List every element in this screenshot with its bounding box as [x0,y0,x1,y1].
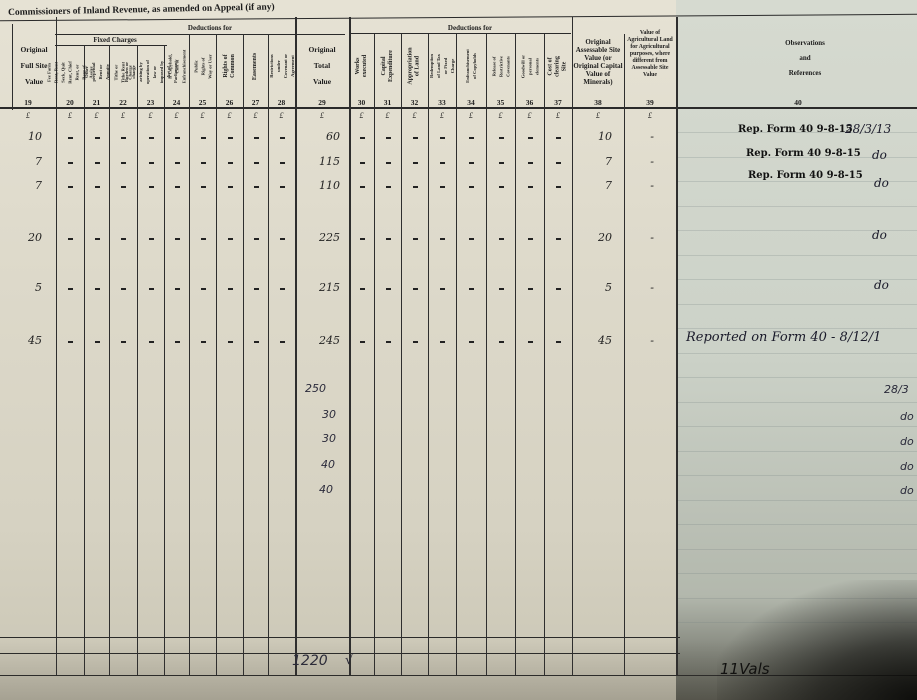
column-number: 19 [15,98,41,107]
nil-dash [440,137,445,139]
nil-dash [201,186,206,188]
pencil-value: 40 [319,483,333,496]
assessable-value: 20 [578,231,612,244]
nil-dash [386,238,391,240]
assessable-value: 45 [578,334,612,347]
currency-symbol: £ [164,111,190,120]
nil-dash [556,162,561,164]
column-number: 30 [349,98,375,107]
nil-dash [254,341,259,343]
nil-dash [175,238,180,240]
currency-symbol: £ [585,111,611,120]
nil-dash [228,341,233,343]
ruled-line [676,304,917,305]
col-header-label: Restrictions under Covenant or Agreement [268,53,296,79]
col-header-label: Goodwill or personal elements [519,53,540,79]
nil-dash [360,162,365,164]
column-number: 20 [57,98,83,107]
assessable-value: 7 [578,155,612,168]
observation-note: do [874,176,889,190]
nil-dash [528,238,533,240]
nil-dash [280,137,285,139]
form-40-stamp: Rep. Form 40 9-8-15 [746,148,861,159]
nil-dash [175,341,180,343]
nil-dash [499,341,504,343]
nil-dash [360,137,365,139]
currency-symbol: £ [349,111,375,120]
nil-dash [499,186,504,188]
col40-header: Observations and References [740,36,870,81]
nil-dash [386,186,391,188]
nil-dash [280,341,285,343]
nil-dash [413,162,418,164]
agricultural-value: - [640,130,654,143]
pencil-value: 40 [321,458,335,471]
nil-dash [95,137,100,139]
nil-dash [95,186,100,188]
nil-dash [528,162,533,164]
nil-dash [201,288,206,290]
form-40-stamp: Rep. Form 40 9-8-15 [738,124,853,135]
col29-line1: Original [296,42,348,58]
nil-dash [254,137,259,139]
observation-note: do [872,228,887,242]
currency-symbol: £ [243,111,269,120]
full-site-value: 7 [10,179,42,192]
col19-line1: Original [16,42,52,58]
col32-header: Appropriation of Land [402,36,428,96]
nil-dash [556,341,561,343]
currency-symbol: £ [190,111,216,120]
currency-symbol: £ [269,111,295,120]
ruled-line [676,524,917,525]
ruled-line [676,426,917,427]
nil-dash [95,238,100,240]
nil-dash [528,186,533,188]
col33-header: Redemption of Land Tax or Fixed Charge [429,36,455,96]
nil-dash [254,186,259,188]
nil-dash [254,288,259,290]
nil-dash [499,288,504,290]
agricultural-value: - [640,179,654,192]
nil-dash [386,137,391,139]
column-number: 24 [164,98,190,107]
nil-dash [280,288,285,290]
ruled-line [676,206,917,207]
col29-line2: Total [296,58,348,74]
col39-header: Value of Agricultural Land for Agricultu… [626,30,674,79]
assessable-value: 10 [578,130,612,143]
nil-dash [228,288,233,290]
nil-dash [121,186,126,188]
column-number: 35 [488,98,514,107]
currency-symbol: £ [458,111,484,120]
total-value: 245 [296,334,340,347]
deductions-rule-left [55,34,345,35]
ruled-line [676,475,917,476]
col34-header: Enfranchisement of Copyholds [458,36,484,96]
column-number: 31 [375,98,401,107]
pencil-value: 30 [322,432,336,445]
nil-dash [121,162,126,164]
nil-dash [413,238,418,240]
col-header-label: Capital Expenditure [381,50,395,82]
col30-header: Works executed [349,36,375,96]
fixed-charges-group: Fixed Charges [80,36,150,44]
col-header-label: Easements [252,52,259,79]
currency-symbol: £ [637,111,663,120]
agricultural-value: - [640,155,654,168]
observation-note: do [872,148,887,162]
nil-dash [499,137,504,139]
ruled-line [676,500,917,501]
nil-dash [386,162,391,164]
col-header-label: Appropriation of Land [408,47,422,84]
full-site-value: 45 [10,334,42,347]
ruled-line [676,402,917,403]
col29-header: Original Total Value [296,42,348,90]
nil-dash [95,162,100,164]
column-number: 40 [785,98,811,107]
nil-dash [280,238,285,240]
nil-dash [175,186,180,188]
nil-dash [360,341,365,343]
col-header-label: Release of Restrictive Covenants [490,53,511,79]
nil-dash [386,288,391,290]
nil-dash [360,186,365,188]
nil-dash [254,162,259,164]
nil-dash [68,137,73,139]
currency-symbol: £ [545,111,571,120]
nil-dash [68,341,73,343]
nil-dash [149,162,154,164]
total-top-rule [0,637,680,638]
nil-dash [413,341,418,343]
nil-dash [528,288,533,290]
observation-note: 28/3/13 [845,122,891,136]
nil-dash [201,238,206,240]
full-site-value: 10 [10,130,42,143]
nil-dash [149,238,154,240]
nil-dash [360,288,365,290]
currency-symbol: £ [402,111,428,120]
nil-dash [440,341,445,343]
nil-dash [280,162,285,164]
col37-header: Cost of clearing Site [545,36,571,96]
nil-dash [201,341,206,343]
currency-symbol: £ [138,111,164,120]
nil-dash [386,341,391,343]
col24-header: If Copyhold, Cost of Enfranchisement [164,36,190,96]
column-divider [676,17,678,675]
ruled-line [676,353,917,354]
nil-dash [149,288,154,290]
currency-symbol: £ [217,111,243,120]
nil-dash [68,238,73,240]
nil-dash [121,137,126,139]
column-number: 37 [545,98,571,107]
full-site-value: 20 [10,231,42,244]
total-value: 115 [296,155,340,168]
nil-dash [149,186,154,188]
column-number: 33 [429,98,455,107]
agricultural-value: - [640,281,654,294]
col20-header: Fee Farm Rent, Rent Seck, Quit Rent, Chi… [57,47,83,97]
deductions-group-right: Deductions for [420,24,520,32]
currency-symbol: £ [309,111,335,120]
col31-header: Capital Expenditure [375,36,401,96]
nil-dash [228,238,233,240]
col-header-label: Works executed [355,53,369,79]
pencil-note: do [900,484,914,497]
column-number: 26 [217,98,243,107]
nil-dash [175,288,180,290]
nil-dash [175,162,180,164]
deductions-rule-right [349,33,571,34]
col40-line1: Observations [740,36,870,51]
nil-dash [95,341,100,343]
nil-dash [440,238,445,240]
full-site-value: 5 [10,281,42,294]
corner-shadow [717,580,917,700]
column-number: 28 [269,98,295,107]
nil-dash [413,137,418,139]
nil-dash [556,238,561,240]
observation-note: do [874,278,889,292]
nil-dash [469,162,474,164]
column-number: 36 [517,98,543,107]
col25-header: Public Rights of Way or User [190,36,216,96]
nil-dash [499,238,504,240]
ruled-line [676,377,917,378]
nil-dash [68,162,73,164]
ruled-line [676,573,917,574]
col-header-label: Public Rights of Way or User [192,53,213,79]
nil-dash [469,186,474,188]
nil-dash [121,238,126,240]
assessable-value: 5 [578,281,612,294]
pencil-value: 250 [305,382,326,395]
ruled-line [676,451,917,452]
nil-dash [413,186,418,188]
nil-dash [440,186,445,188]
column-number: 32 [402,98,428,107]
col28-header: Restrictions under Covenant or Agreement [269,36,295,96]
column-number: 23 [138,98,164,107]
col29-line3: Value [296,74,348,90]
column-divider [12,24,13,110]
agricultural-value: - [640,334,654,347]
currency-symbol: £ [15,111,41,120]
ruled-line [676,549,917,550]
col27-header: Easements [243,36,269,96]
col36-header: Goodwill or personal elements [517,36,543,96]
total-value: 110 [296,179,340,192]
column-number: 38 [585,98,611,107]
nil-dash [280,186,285,188]
column-number: 21 [84,98,110,107]
nil-dash [469,238,474,240]
nil-dash [95,288,100,290]
column-number: 39 [637,98,663,107]
total-value: 60 [296,130,340,143]
column-number: 27 [243,98,269,107]
pencil-note: do [900,460,914,473]
currency-symbol: £ [429,111,455,120]
observation-note: Reported on Form 40 - 8/12/1 [686,330,881,345]
column-number: 25 [190,98,216,107]
col-header-label: Redemption of Land Tax or Fixed Charge [428,53,456,79]
nil-dash [440,288,445,290]
fixed-charges-rule [55,45,167,46]
nil-dash [228,186,233,188]
col40-line3: References [740,66,870,81]
nil-dash [469,341,474,343]
total-value: 215 [296,281,340,294]
agricultural-value: - [640,231,654,244]
pencil-note: 28/3 [884,383,909,396]
deductions-group-left: Deductions for [150,24,270,32]
col-header-label: Enfranchisement of Copyholds [464,49,478,83]
nil-dash [228,137,233,139]
pencil-note: do [900,435,914,448]
currency-symbol: £ [110,111,136,120]
nil-dash [121,288,126,290]
nil-dash [201,162,206,164]
nil-dash [68,288,73,290]
nil-dash [528,341,533,343]
nil-dash [228,162,233,164]
nil-dash [440,162,445,164]
nil-dash [556,288,561,290]
assessable-value: 7 [578,179,612,192]
nil-dash [121,341,126,343]
nil-dash [149,341,154,343]
nil-dash [254,238,259,240]
currency-symbol: £ [517,111,543,120]
col23-header: Burden or charge arising by operation of… [138,47,164,97]
currency-symbol: £ [84,111,110,120]
col21-header: Other perpetual Rent or Annuity [84,47,110,97]
nil-dash [556,137,561,139]
currency-symbol: £ [57,111,83,120]
total-value: 225 [296,231,340,244]
form-40-stamp: Rep. Form 40 9-8-15 [748,170,863,181]
nil-dash [469,288,474,290]
currency-symbol: £ [488,111,514,120]
nil-dash [201,137,206,139]
nil-dash [556,186,561,188]
nil-dash [469,137,474,139]
pencil-value: 30 [322,408,336,421]
col-header-label: Cost of clearing Site [548,53,569,79]
nil-dash [528,137,533,139]
ruled-line [676,255,917,256]
nil-dash [413,288,418,290]
col26-header: Rights of Common [217,36,243,96]
col40-line2: and [740,51,870,66]
col38-header: Original Assessable Site Value (or Origi… [572,38,624,86]
full-site-value: 7 [10,155,42,168]
ruled-line [676,328,917,329]
column-number: 22 [110,98,136,107]
col35-header: Release of Restrictive Covenants [488,36,514,96]
col-header-label: Rights of Common [223,53,237,79]
nil-dash [68,186,73,188]
col-header-label: If Copyhold, Cost of Enfranchisement [166,49,187,83]
pencil-note: do [900,410,914,423]
nil-dash [360,238,365,240]
column-number: 29 [309,98,335,107]
nil-dash [175,137,180,139]
nil-dash [499,162,504,164]
column-number: 34 [458,98,484,107]
col-header-label: Other perpetual Rent or Annuity [83,59,111,85]
nil-dash [149,137,154,139]
currency-symbol: £ [375,111,401,120]
